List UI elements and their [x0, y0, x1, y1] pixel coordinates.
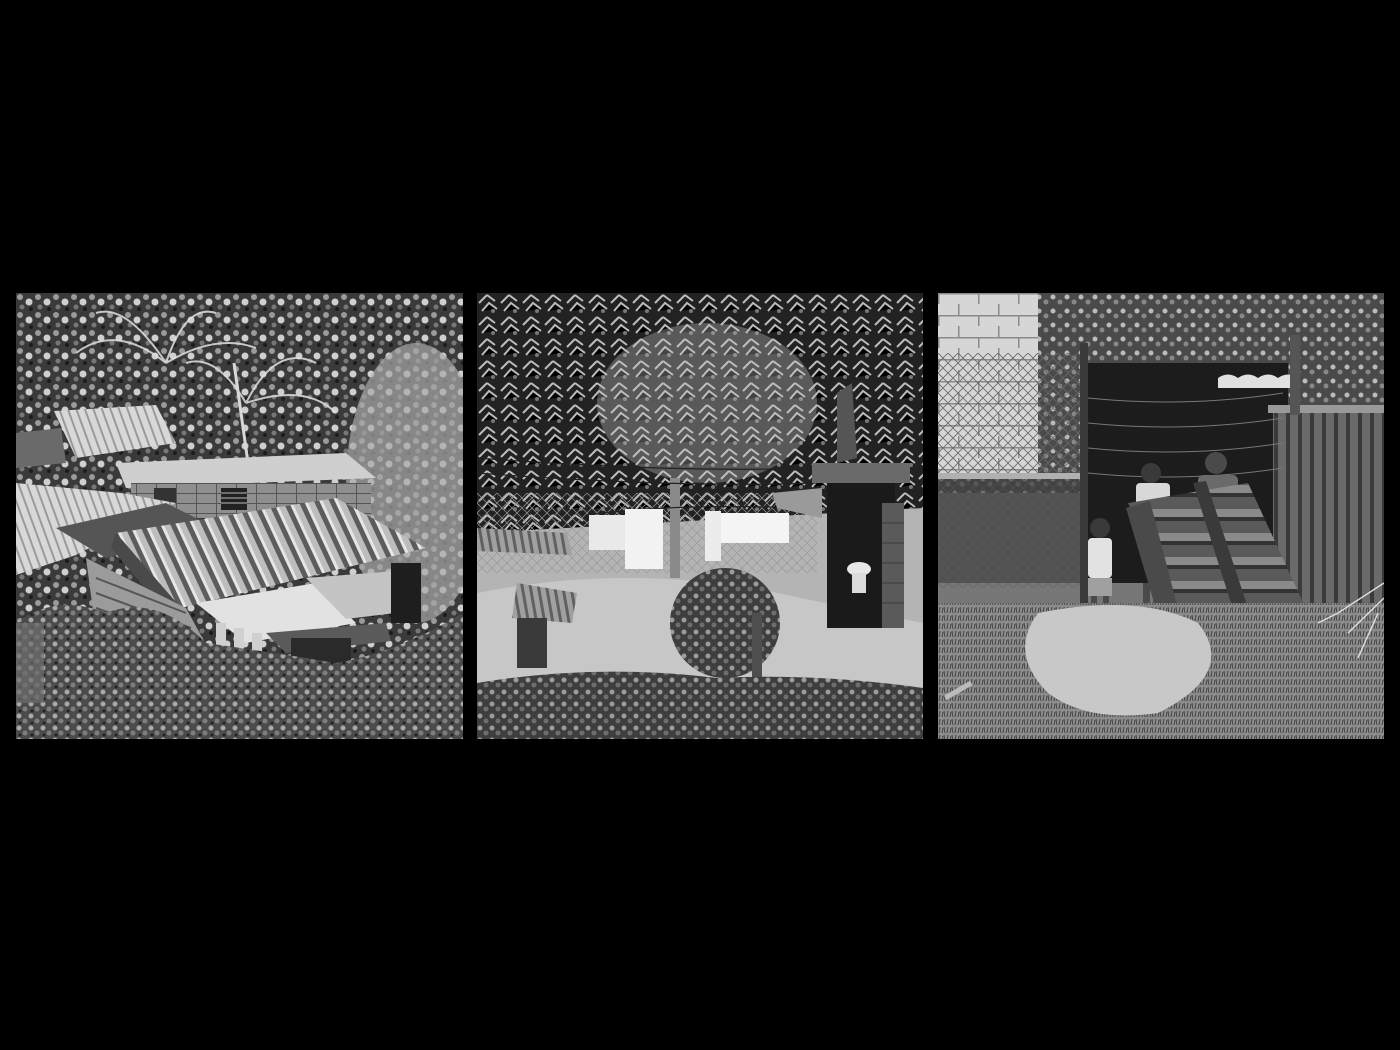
photo-panel-clothesline-yard — [477, 293, 923, 739]
triptych-stage — [0, 0, 1400, 1050]
photo-panel-gate-children — [938, 293, 1384, 739]
shacks-photo — [16, 293, 463, 739]
clothesline-yard-photo — [477, 293, 923, 739]
gate-children-photo — [938, 293, 1384, 739]
photo-panel-shacks — [16, 293, 463, 739]
